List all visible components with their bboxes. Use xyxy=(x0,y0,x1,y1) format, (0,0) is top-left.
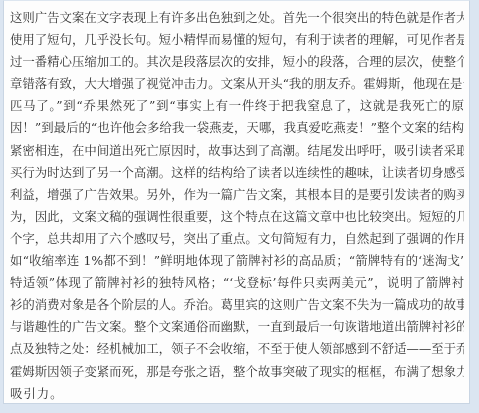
text-line: 使用了短句，几乎没长句。短小精悍而易懂的短句，有利于读者的理解，可见作者是经 xyxy=(10,29,464,51)
text-line: 如“收缩率连 1%都不到！”鲜明地体现了箭牌衬衫的高品质；“箭牌特有的‘迷淘戈’ xyxy=(10,250,464,272)
text-line: 吸引力。 xyxy=(10,383,464,405)
text-line: 章错落有致，大大增强了视觉冲击力。文案从开头“我的朋友乔。霍姆斯，他现在是一 xyxy=(10,73,464,95)
text-line: 个字，总共却用了六个感叹号，突出了重点。文句简短有力，自然起到了强调的作用。 xyxy=(10,228,464,250)
text-line: 霍姆斯因领子变紧而死，那是夸张之语，整个故事突破了现实的框框，布满了想象力和 xyxy=(10,361,464,383)
text-line: 特适领”体现了箭牌衬衫的独特风格；“‘戈登标’每件只卖两美元”，说明了箭牌衬 xyxy=(10,272,464,294)
text-line: 点及独特之处：经机械加工，领子不会收缩，不至于使人领部感到不舒适——至于乔。 xyxy=(10,338,464,360)
text-line: 这则广告文案在文字表现上有许多出色独到之处。首先一个很突出的特色就是作者大量 xyxy=(10,7,464,29)
text-line: 衫的消费对象是各个阶层的人。乔治。葛里宾的这则广告文案不失为一篇成功的故事性 xyxy=(10,294,464,316)
text-line: 为，因此，文案文稿的强调性很重要，这个特点在这篇文章中也比较突出。短短的几百 xyxy=(10,206,464,228)
text-line: 因！”到最后的“也许他会多给我一袋燕麦，天哪，我真爱吃燕麦！”整个文案的结构 xyxy=(10,117,464,139)
text-line: 与谐趣性的广告文案。整个文案通俗而幽默，一直到最后一句诙谐地道出箭牌衬衫的优 xyxy=(10,316,464,338)
text-line: 利益，增强了广告效果。另外，作为一篇广告文案，其根本目的是要引发读者的购买行 xyxy=(10,184,464,206)
text-line: 匹马了。”到“乔果然死了”到“事实上有一件终于把我窒息了，这就是我死亡的原 xyxy=(10,95,464,117)
text-line: 过一番精心压缩加工的。其次是段落层次的安排，短小的段落，合理的层次，使整个文 xyxy=(10,51,464,73)
text-line: 紧密相连，在中间道出死亡原因时，故事达到了高潮。结尾发出呼吁，吸引读者采取购 xyxy=(10,140,464,162)
text-line: 买行为时达到了另一个高潮。这样的结构给了读者以连续性的趣味，让读者切身感受到 xyxy=(10,162,464,184)
document-page: 这则广告文案在文字表现上有许多出色独到之处。首先一个很突出的特色就是作者大量 使… xyxy=(3,0,470,404)
